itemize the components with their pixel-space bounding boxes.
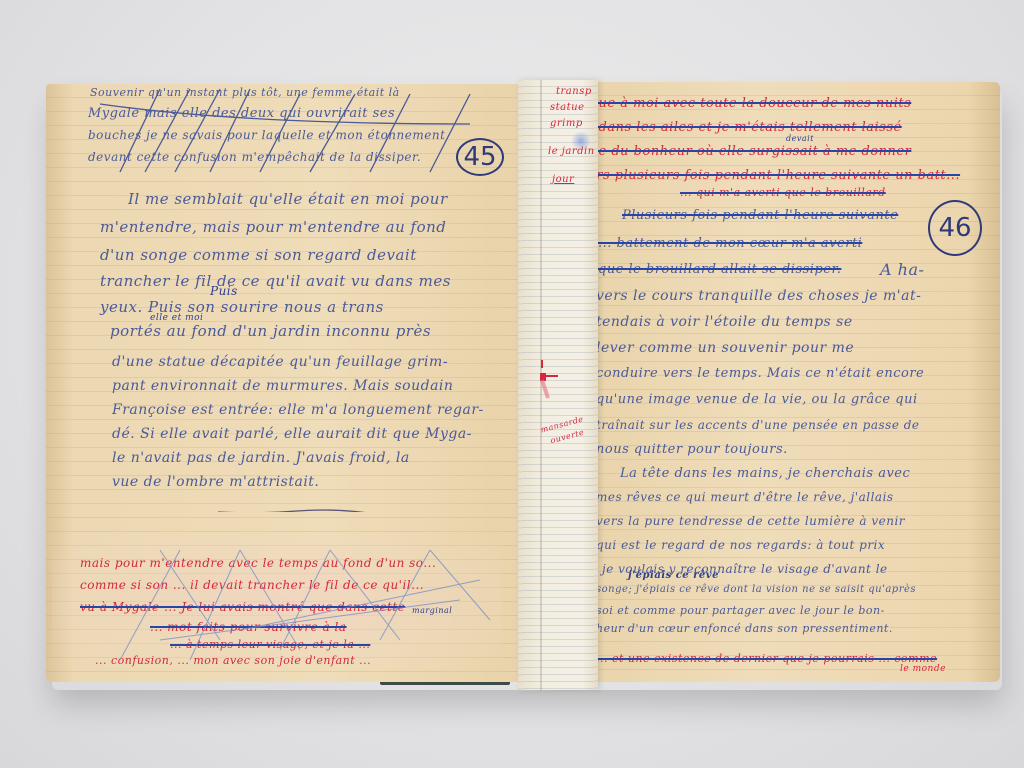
right-p1-line-1: A ha- bbox=[880, 260, 924, 279]
right-p2-line-7: soi et comme pour partager avec le jour … bbox=[596, 604, 885, 617]
flap-note-5: jour bbox=[552, 174, 574, 185]
left-struck-line-4: devant cette confusion m'empêchait de la… bbox=[88, 150, 421, 164]
blue-ink-smudge bbox=[572, 130, 590, 152]
right-p1-line-3: tendais à voir l'étoile du temps se bbox=[596, 314, 853, 330]
left-p2-line-2: pant environnait de murmures. Mais souda… bbox=[112, 378, 453, 394]
red-correction-line-6: ... confusion, ... mon avec son joie d'e… bbox=[95, 654, 371, 667]
right-struck-top-1: ... ue à moi avec toute la douceur de me… bbox=[580, 96, 911, 111]
red-correction-line-2: comme si son ... il devait trancher le f… bbox=[80, 578, 424, 592]
right-struck-second-2: ... battement de mon cœur m'a averti bbox=[598, 236, 862, 251]
right-struck-bottom: ... et une existence de dernier que je p… bbox=[596, 652, 937, 665]
right-p1-line-8: nous quitter pour toujours. bbox=[596, 442, 788, 457]
red-correction-line-3: vu à Mygale ... Je lui avais montré que … bbox=[80, 600, 405, 614]
left-p1-line-6: portés au fond d'un jardin inconnu près bbox=[110, 322, 431, 340]
right-p1-line-4: lever comme un souvenir pour me bbox=[596, 340, 854, 356]
left-p2-line-3: Françoise est entrée: elle m'a longuemen… bbox=[112, 402, 484, 418]
red-correction-line-4: ... mot faits pour survivre à la bbox=[150, 620, 347, 634]
right-struck-top-4: ... jours plusieurs fois pendant l'heure… bbox=[556, 168, 960, 183]
right-struck-second-1: Plusieurs fois pendant l'heure suivante bbox=[622, 208, 898, 223]
right-struck-second-3: que le brouillard allait se dissiper. bbox=[598, 262, 841, 277]
right-p2-line-3: vers la pure tendresse de cette lumière … bbox=[596, 514, 905, 528]
superscript-devait: devait bbox=[786, 134, 814, 143]
left-p2-line-1: d'une statue décapitée qu'un feuillage g… bbox=[112, 354, 448, 370]
insertion-puis: Puis bbox=[210, 284, 238, 298]
flap-note-1: transp bbox=[556, 86, 592, 97]
right-struck-top-2: ... dans les ailes et je m'étais telleme… bbox=[580, 120, 902, 135]
left-p1-line-4: trancher le fil de ce qu'il avait vu dan… bbox=[100, 272, 451, 290]
left-p2-line-6: vue de l'ombre m'attristait. bbox=[112, 474, 319, 490]
left-struck-line-3: bouches je ne savais pour laquelle et mo… bbox=[88, 128, 445, 142]
flap-note-2: statue bbox=[550, 102, 585, 113]
left-p1-line-5: yeux. Puis son sourire nous a trans bbox=[100, 298, 384, 316]
right-bottom-red-tail: le monde bbox=[900, 664, 946, 674]
right-p2-line-4: qui est le regard de nos regards: à tout… bbox=[596, 538, 885, 552]
right-struck-top-3: ... e du bonheur où elle surgissait à me… bbox=[580, 144, 911, 159]
insertion-jepiais: j'épiais ce rêve bbox=[628, 570, 719, 581]
left-p2-line-5: le n'avait pas de jardin. J'avais froid,… bbox=[112, 450, 410, 466]
right-p1-line-6: qu'une image venue de la vie, ou la grâc… bbox=[596, 392, 918, 407]
page-number-46: 46 bbox=[928, 200, 982, 256]
left-struck-line-1: Souvenir qu'un instant plus tôt, une fem… bbox=[90, 86, 400, 99]
left-p2-line-4: dé. Si elle avait parlé, elle aurait dit… bbox=[112, 426, 472, 442]
separator-line bbox=[217, 509, 375, 512]
right-p1-line-2: vers le cours tranquille des choses je m… bbox=[596, 288, 921, 304]
red-correction-line-5: ... à temps leur visage, et je la ... bbox=[170, 638, 370, 651]
right-p1-line-7: traînait sur les accents d'une pensée en… bbox=[596, 418, 920, 432]
left-p1-line-3: d'un songe comme si son regard devait bbox=[100, 246, 417, 264]
page-number-45: 45 bbox=[456, 138, 504, 176]
right-p2-line-8: heur d'un cœur enfoncé dans son pressent… bbox=[596, 622, 893, 635]
flap-note-3: grimp bbox=[550, 118, 583, 129]
right-p1-line-5: conduire vers le temps. Mais ce n'était … bbox=[596, 366, 924, 381]
right-p2-line-1: La tête dans les mains, je cherchais ave… bbox=[620, 466, 910, 481]
left-p1-line-1: Il me semblait qu'elle était en moi pour bbox=[128, 190, 448, 208]
left-struck-line-2: Mygale mais elle des deux qui ouvrirait … bbox=[88, 106, 395, 121]
left-p1-line-2: m'entendre, mais pour m'entendre au fond bbox=[100, 218, 446, 236]
right-p2-line-2: mes rêves ce qui meurt d'être le rêve, j… bbox=[596, 490, 894, 504]
red-insertion-marginal: marginal bbox=[412, 606, 452, 615]
red-correction-line-1: mais pour m'entendre avec le temps au fo… bbox=[80, 556, 436, 570]
right-p2-line-6: songe; j'épiais ce rêve dont la vision n… bbox=[596, 584, 916, 595]
right-struck-top-5: ... qui m'a averti que le brouillard bbox=[680, 186, 886, 199]
red-ink-mark bbox=[538, 360, 560, 400]
